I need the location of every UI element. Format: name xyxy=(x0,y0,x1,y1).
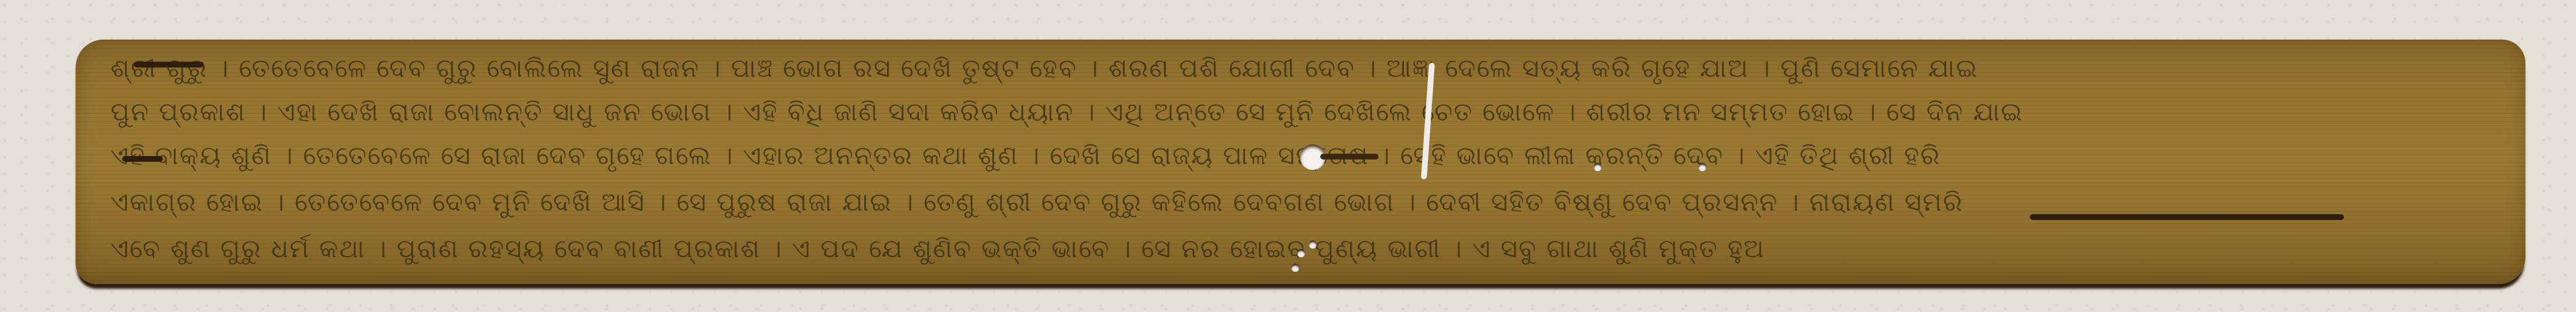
manuscript-line-2: ପୁନ ପ୍ରକାଶ । ଏହା ଦେଖି ରାଜା ବୋଲନ୍ତି ସାଧୁ … xyxy=(111,95,2491,130)
worm-hole xyxy=(1698,163,1706,171)
edge-damage-right xyxy=(2030,214,2344,220)
worm-hole xyxy=(1594,163,1602,171)
worm-hole xyxy=(1309,240,1317,249)
manuscript-line-1: ଶ୍ରୀ ଗୁରୁ । ତେତେବେଳେ ଦେବ ଗୁରୁ ବୋଲିଲେ ସୁଣ… xyxy=(111,51,2491,86)
edge-damage-left-top xyxy=(134,62,204,68)
edge-damage-left-mid xyxy=(122,156,163,162)
palm-leaf-manuscript: ଶ୍ରୀ ଗୁରୁ । ତେତେବେଳେ ଦେବ ଗୁରୁ ବୋଲିଲେ ସୁଣ… xyxy=(76,40,2525,284)
hole-crack xyxy=(1320,154,1378,159)
worm-hole xyxy=(1291,264,1299,272)
worm-hole xyxy=(1297,249,1305,257)
